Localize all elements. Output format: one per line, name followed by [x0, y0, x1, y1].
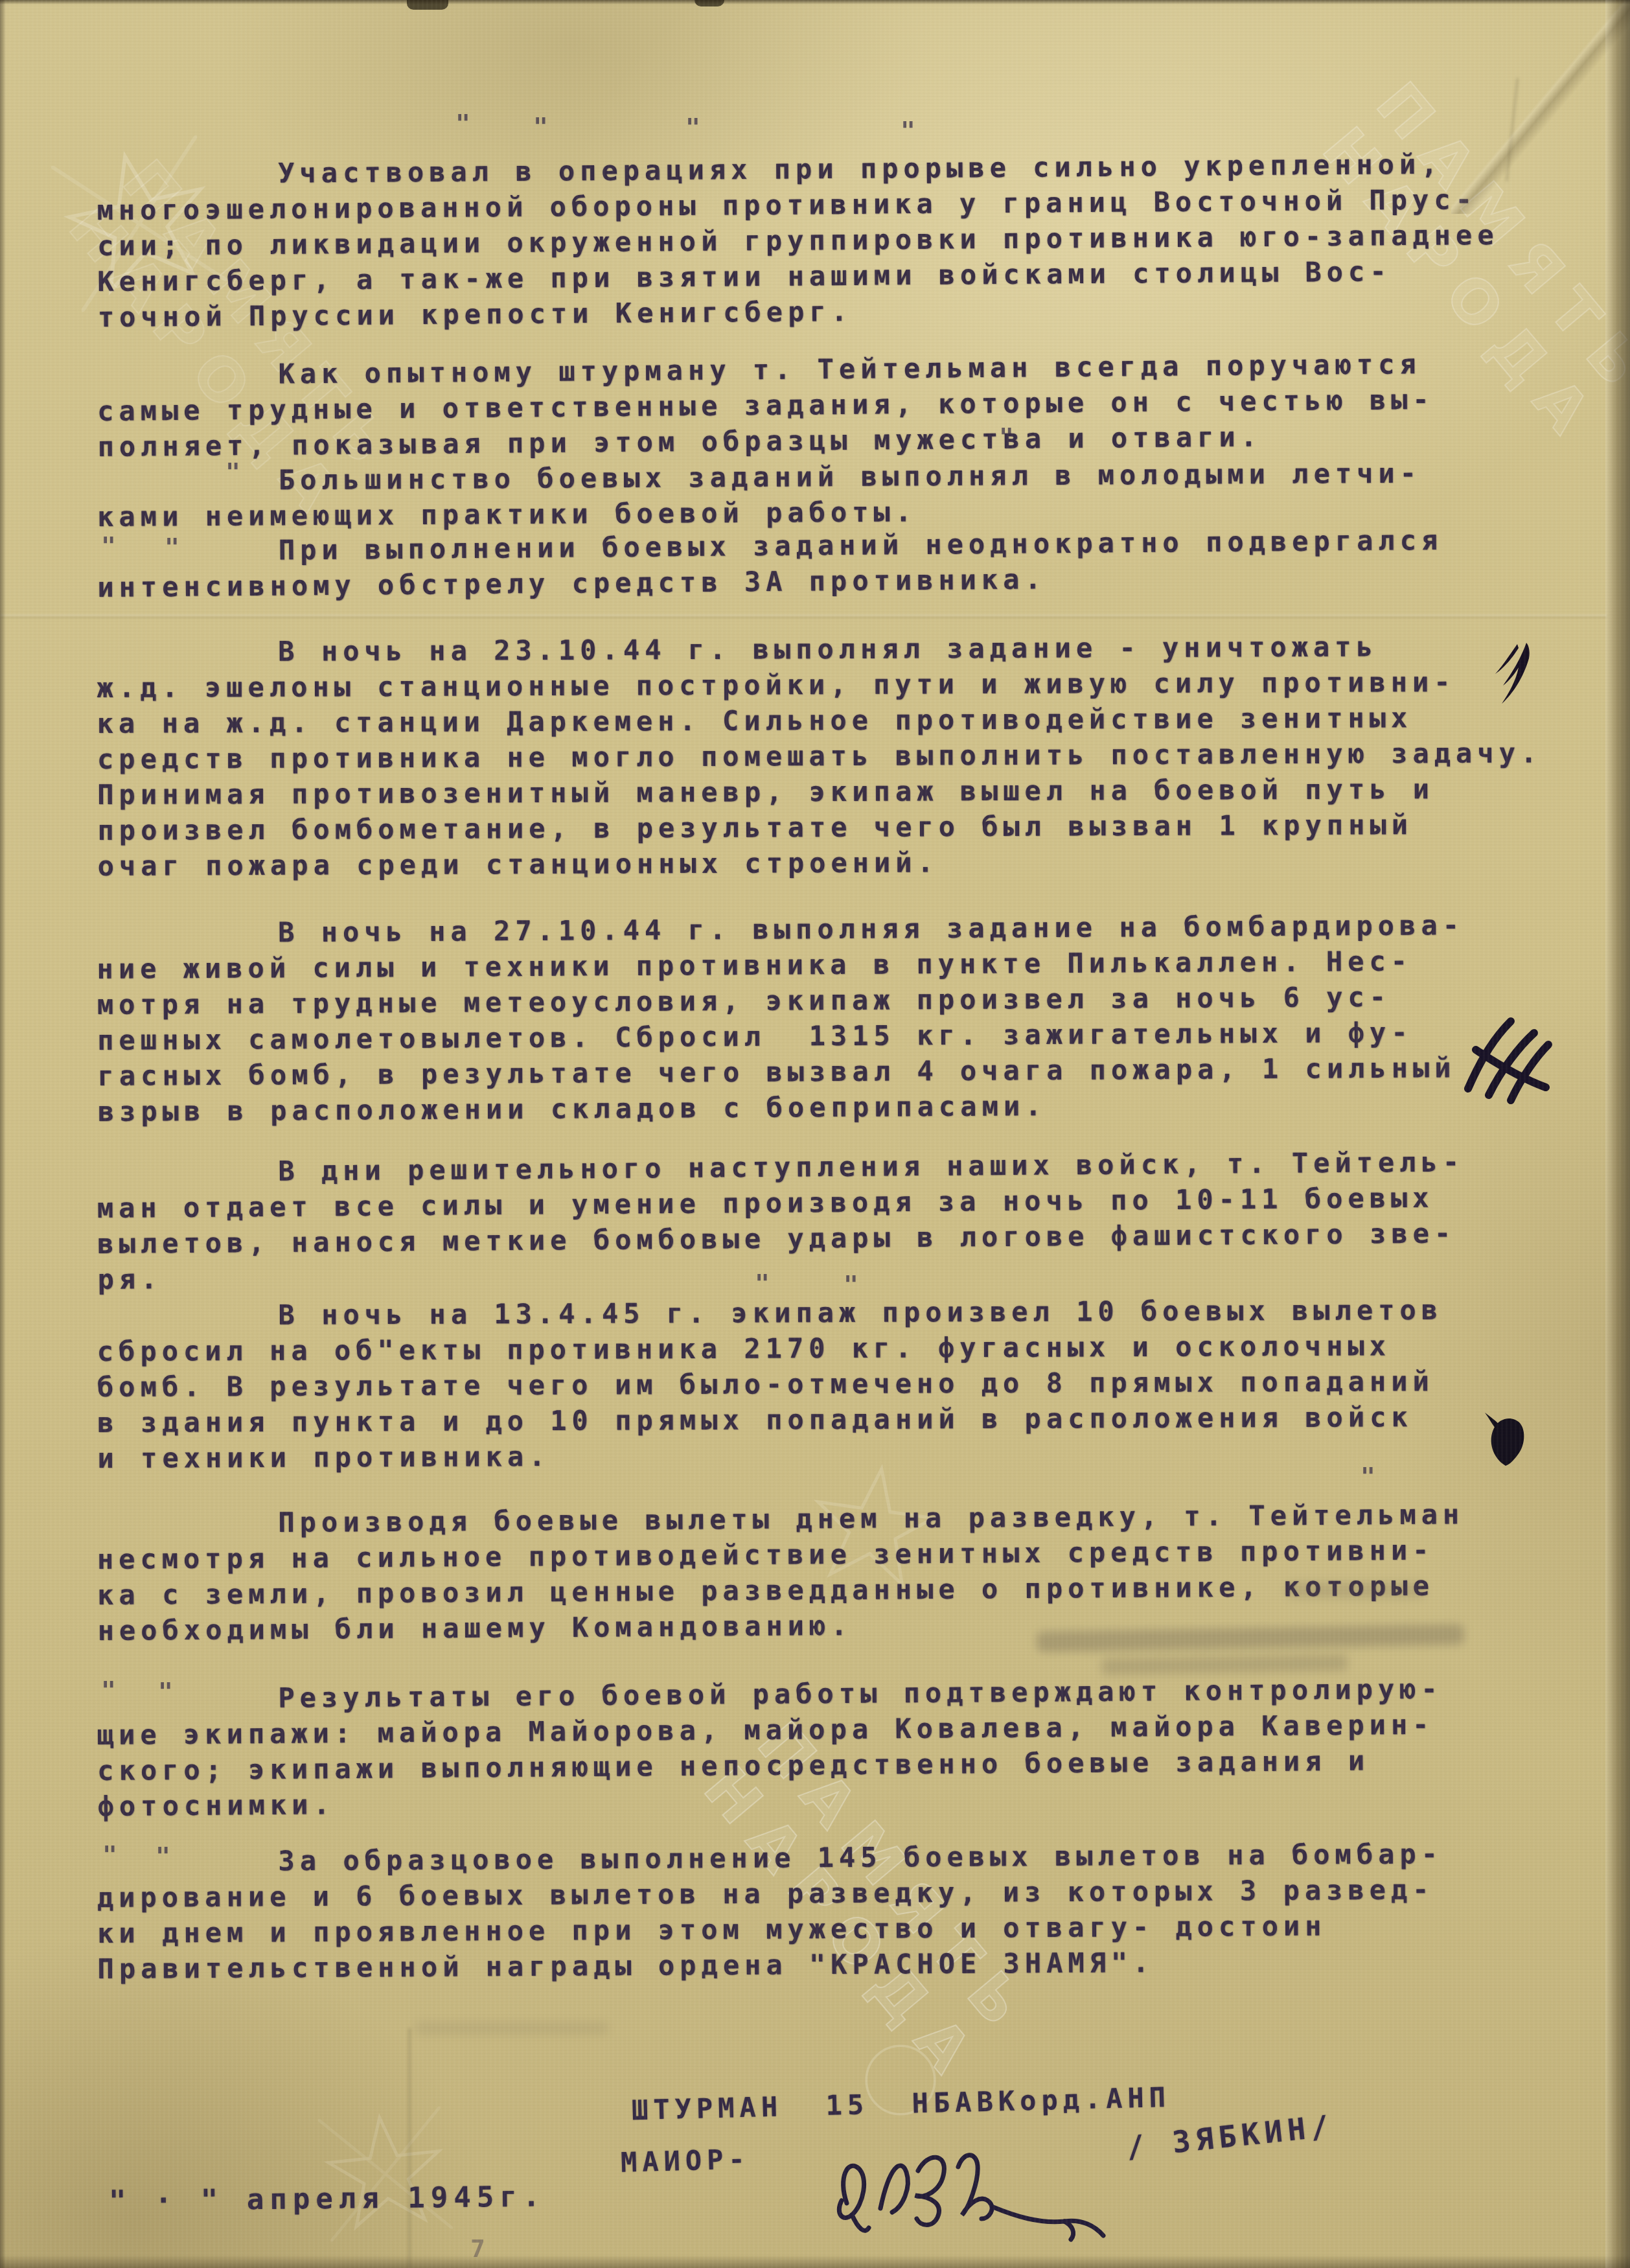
ditto-mark: ": [101, 1676, 116, 1704]
ditto-mark: ": [155, 1842, 170, 1870]
ditto-mark: ": [158, 1677, 173, 1706]
bleed-through-smudge: [1286, 1582, 1425, 1598]
ink-blot: [1478, 640, 1543, 712]
ditto-mark: ": [999, 422, 1014, 451]
bleed-through-smudge: [415, 2022, 609, 2035]
corner-fold: [1451, 0, 1630, 214]
ditto-mark: ": [685, 113, 700, 141]
ditto-mark: ": [1360, 1462, 1375, 1490]
ditto-mark: ": [101, 531, 116, 560]
scan-edge-left: [0, 0, 6, 2268]
ditto-mark: ": [455, 109, 470, 137]
ditto-mark: ": [755, 1269, 770, 1297]
scan-edge-bottom: [0, 2255, 1630, 2268]
ink-scribble: [1456, 1011, 1560, 1108]
scan-edge-top: [0, 0, 1630, 5]
ditto-mark: ": [901, 116, 915, 145]
ditto-mark: ": [533, 112, 548, 141]
signature-rank-line: МАИОР-: [620, 2143, 750, 2179]
vertical-crease: [408, 2028, 411, 2268]
ditto-mark: ": [165, 533, 179, 561]
handwritten-signature: [826, 2132, 1111, 2255]
stray-marks-layer: """""""""""""""7: [0, 0, 1630, 2268]
ditto-mark: ": [225, 457, 240, 486]
page-edge-fold: [1605, 0, 1630, 2268]
ink-drop: [1484, 1411, 1529, 1470]
date-line: " · " апреля 1945г.: [109, 2180, 546, 2217]
horizontal-crease: [0, 614, 1607, 616]
ditto-mark: ": [844, 1270, 858, 1299]
scanned-award-document-page: ПАМЯТЬ НАРОДАПАМЯТЬ НАРОДАПАМЯТЬ НАРОДА …: [0, 0, 1630, 2268]
ditto-mark: ": [102, 1840, 117, 1869]
